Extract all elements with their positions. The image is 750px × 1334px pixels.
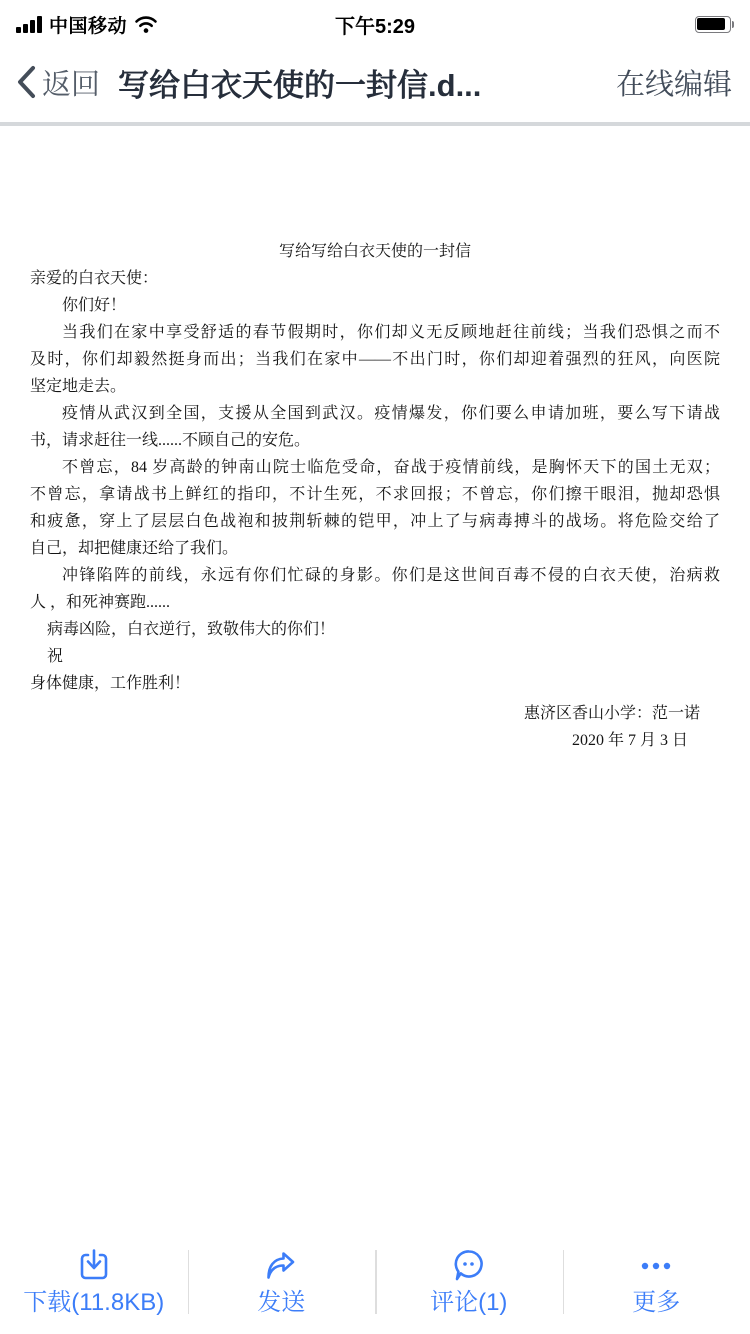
share-forward-icon: [262, 1247, 300, 1285]
document-line: 自己，却把健康还给了我们。: [30, 535, 720, 562]
document-line: 病毒凶险，白衣逆行，致敬伟大的你们！: [30, 616, 720, 643]
online-edit-button[interactable]: 在线编辑: [616, 62, 732, 103]
document-line: 写给写给白衣天使的一封信: [30, 238, 720, 265]
document-line: 坚定地走去。: [30, 373, 720, 400]
nav-bar: 返回 写给白衣天使的一封信.d... 在线编辑: [0, 48, 750, 126]
clock-label: 下午5:29: [0, 10, 750, 39]
back-button-label: 返回: [42, 62, 100, 103]
document-line: 及时，你们却毅然挺身而出；当我们在家中——不出门时，你们却迎着强烈的狂风，向医院: [30, 346, 720, 373]
status-right-group: [695, 16, 735, 33]
document-title: 写给白衣天使的一封信.d...: [118, 60, 606, 105]
download-icon: [75, 1247, 113, 1285]
download-button-label: 下载(11.8KB): [23, 1291, 164, 1315]
document-line: 疫情从武汉到全国，支援从全国到武汉。疫情爆发，你们要么申请加班，要么写下请战: [30, 400, 720, 427]
back-button[interactable]: 返回: [14, 62, 100, 103]
comment-button[interactable]: 评论(1): [375, 1238, 563, 1324]
document-line: 祝: [30, 643, 720, 670]
phone-screen: 中国移动 下午5:29 返回 写给白衣天使的一封信.d... 在线编辑 写: [0, 0, 750, 1334]
document-viewer[interactable]: 写给写给白衣天使的一封信亲爱的白衣天使：你们好！当我们在家中享受舒适的春节假期时…: [0, 126, 750, 1238]
send-button-label: 发送: [257, 1291, 305, 1315]
more-ellipsis-icon: [637, 1247, 675, 1285]
status-bar: 中国移动 下午5:29: [0, 0, 750, 48]
document-line: 你们好！: [30, 292, 720, 319]
document-line: 当我们在家中享受舒适的春节假期时，你们却义无反顾地赶往前线；当我们恐惧之而不: [30, 319, 720, 346]
bottom-toolbar: 下载(11.8KB) 发送 评论(1) 更多: [0, 1238, 750, 1334]
document-page: 写给写给白衣天使的一封信亲爱的白衣天使：你们好！当我们在家中享受舒适的春节假期时…: [0, 126, 750, 754]
document-line: 不曾忘，84 岁高龄的钟南山院士临危受命，奋战于疫情前线，是胸怀天下的国土无双；: [30, 454, 720, 481]
document-line: 亲爱的白衣天使：: [30, 265, 720, 292]
comment-button-label: 评论(1): [430, 1291, 507, 1315]
document-line: 和疲惫，穿上了层层白色战袍和披荆斩棘的铠甲，冲上了与病毒搏斗的战场。将危险交给了: [30, 508, 720, 535]
download-button[interactable]: 下载(11.8KB): [0, 1238, 188, 1324]
battery-icon: [695, 16, 735, 33]
document-line: 不曾忘，拿请战书上鲜红的指印，不计生死，不求回报；不曾忘，你们擦干眼泪，抛却恐惧: [30, 481, 720, 508]
comment-bubble-icon: [450, 1247, 488, 1285]
document-line: 惠济区香山小学：范一诺: [30, 700, 720, 727]
document-line: 2020 年 7 月 3 日: [30, 727, 720, 754]
more-button[interactable]: 更多: [563, 1238, 750, 1324]
document-line: 身体健康，工作胜利！: [30, 670, 720, 697]
document-line: 人 ，和死神赛跑......: [30, 589, 720, 616]
send-button[interactable]: 发送: [188, 1238, 376, 1324]
more-button-label: 更多: [632, 1291, 680, 1315]
chevron-left-icon: [14, 65, 38, 99]
document-line: 冲锋陷阵的前线，永远有你们忙碌的身影。你们是这世间百毒不侵的白衣天使，治病救: [30, 562, 720, 589]
document-line: 书，请求赶往一线......不顾自己的安危。: [30, 427, 720, 454]
